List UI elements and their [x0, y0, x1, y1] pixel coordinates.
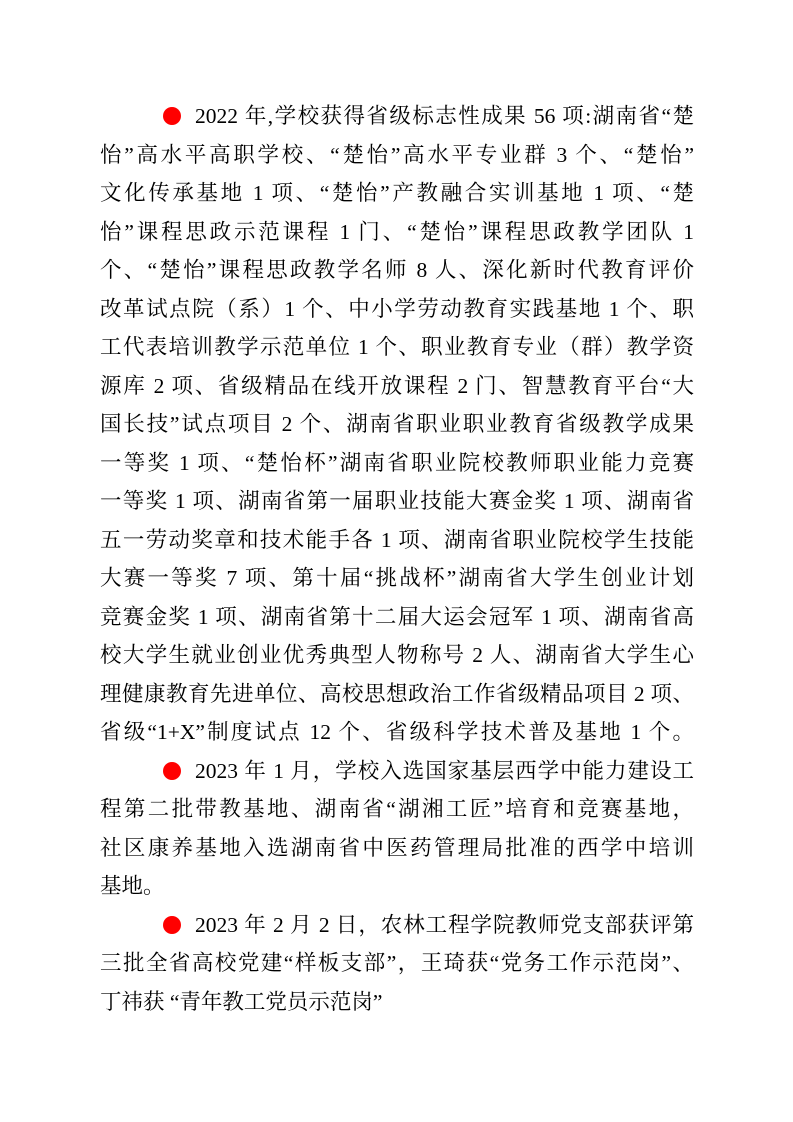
text-line: 省级“1+X”制度试点 12 个、省级科学技术普及基地 1 个。 — [100, 713, 694, 752]
text-block: 2022 年,学校获得省级标志性成果 56 项:湖南省“楚 怡”高水平高职学校、… — [100, 97, 694, 1021]
text-line: 文化传承基地 1 项、“楚怡”产教融合实训基地 1 项、“楚 — [100, 174, 694, 213]
text-line: 个、“楚怡”课程思政教学名师 8 人、深化新时代教育评价 — [100, 251, 694, 290]
text-line: 程第二批带教基地、湖南省“湖湘工匠”培育和竞赛基地， — [100, 790, 694, 829]
text-line: 竞赛金奖 1 项、湖南省第十二届大运会冠军 1 项、湖南省高 — [100, 598, 694, 637]
text-line: 五一劳动奖章和技术能手各 1 项、湖南省职业院校学生技能 — [100, 521, 694, 560]
text-line: 基地。 — [100, 867, 694, 906]
bullet-paragraph: 2023 年 2 月 2 日，农林工程学院教师党支部获评第 三批全省高校党建“样… — [100, 906, 694, 1022]
text-line: 理健康教育先进单位、高校思想政治工作省级精品项目 2 项、 — [100, 675, 694, 714]
text-line: 工代表培训教学示范单位 1 个、职业教育专业（群）教学资 — [100, 328, 694, 367]
text-line: 2023 年 2 月 2 日，农林工程学院教师党支部获评第 — [100, 906, 694, 945]
bullet-paragraph: 2022 年,学校获得省级标志性成果 56 项:湖南省“楚 怡”高水平高职学校、… — [100, 97, 694, 752]
red-bullet-icon — [163, 916, 181, 934]
text-line: 2022 年,学校获得省级标志性成果 56 项:湖南省“楚 — [100, 97, 694, 136]
line-text: 2023 年 1 月，学校入选国家基层西学中能力建设工 — [195, 759, 694, 783]
text-line: 社区康养基地入选湖南省中医药管理局批准的西学中培训 — [100, 829, 694, 868]
text-line: 一等奖 1 项、湖南省第一届职业技能大赛金奖 1 项、湖南省 — [100, 482, 694, 521]
bullet-paragraph: 2023 年 1 月，学校入选国家基层西学中能力建设工 程第二批带教基地、湖南省… — [100, 752, 694, 906]
text-line: 2023 年 1 月，学校入选国家基层西学中能力建设工 — [100, 752, 694, 791]
text-line: 怡”高水平高职学校、“楚怡”高水平专业群 3 个、“楚怡” — [100, 136, 694, 175]
text-line: 丁祎获 “青年教工党员示范岗” — [100, 983, 694, 1022]
red-bullet-icon — [163, 107, 181, 125]
text-line: 校大学生就业创业优秀典型人物称号 2 人、湖南省大学生心 — [100, 636, 694, 675]
text-line: 大赛一等奖 7 项、第十届“挑战杯”湖南省大学生创业计划 — [100, 559, 694, 598]
text-line: 怡”课程思政示范课程 1 门、“楚怡”课程思政教学团队 1 — [100, 213, 694, 252]
text-line: 一等奖 1 项、“楚怡杯”湖南省职业院校教师职业能力竞赛 — [100, 444, 694, 483]
document-page: 2022 年,学校获得省级标志性成果 56 项:湖南省“楚 怡”高水平高职学校、… — [0, 0, 793, 1122]
text-line: 源库 2 项、省级精品在线开放课程 2 门、智慧教育平台“大 — [100, 367, 694, 406]
line-text: 2022 年,学校获得省级标志性成果 56 项:湖南省“楚 — [195, 104, 694, 128]
red-bullet-icon — [163, 762, 181, 780]
line-text: 2023 年 2 月 2 日，农林工程学院教师党支部获评第 — [195, 913, 694, 937]
text-line: 改革试点院（系）1 个、中小学劳动教育实践基地 1 个、职 — [100, 290, 694, 329]
text-line: 三批全省高校党建“样板支部”，王琦获“党务工作示范岗”、 — [100, 944, 694, 983]
text-line: 国长技”试点项目 2 个、湖南省职业职业教育省级教学成果 — [100, 405, 694, 444]
